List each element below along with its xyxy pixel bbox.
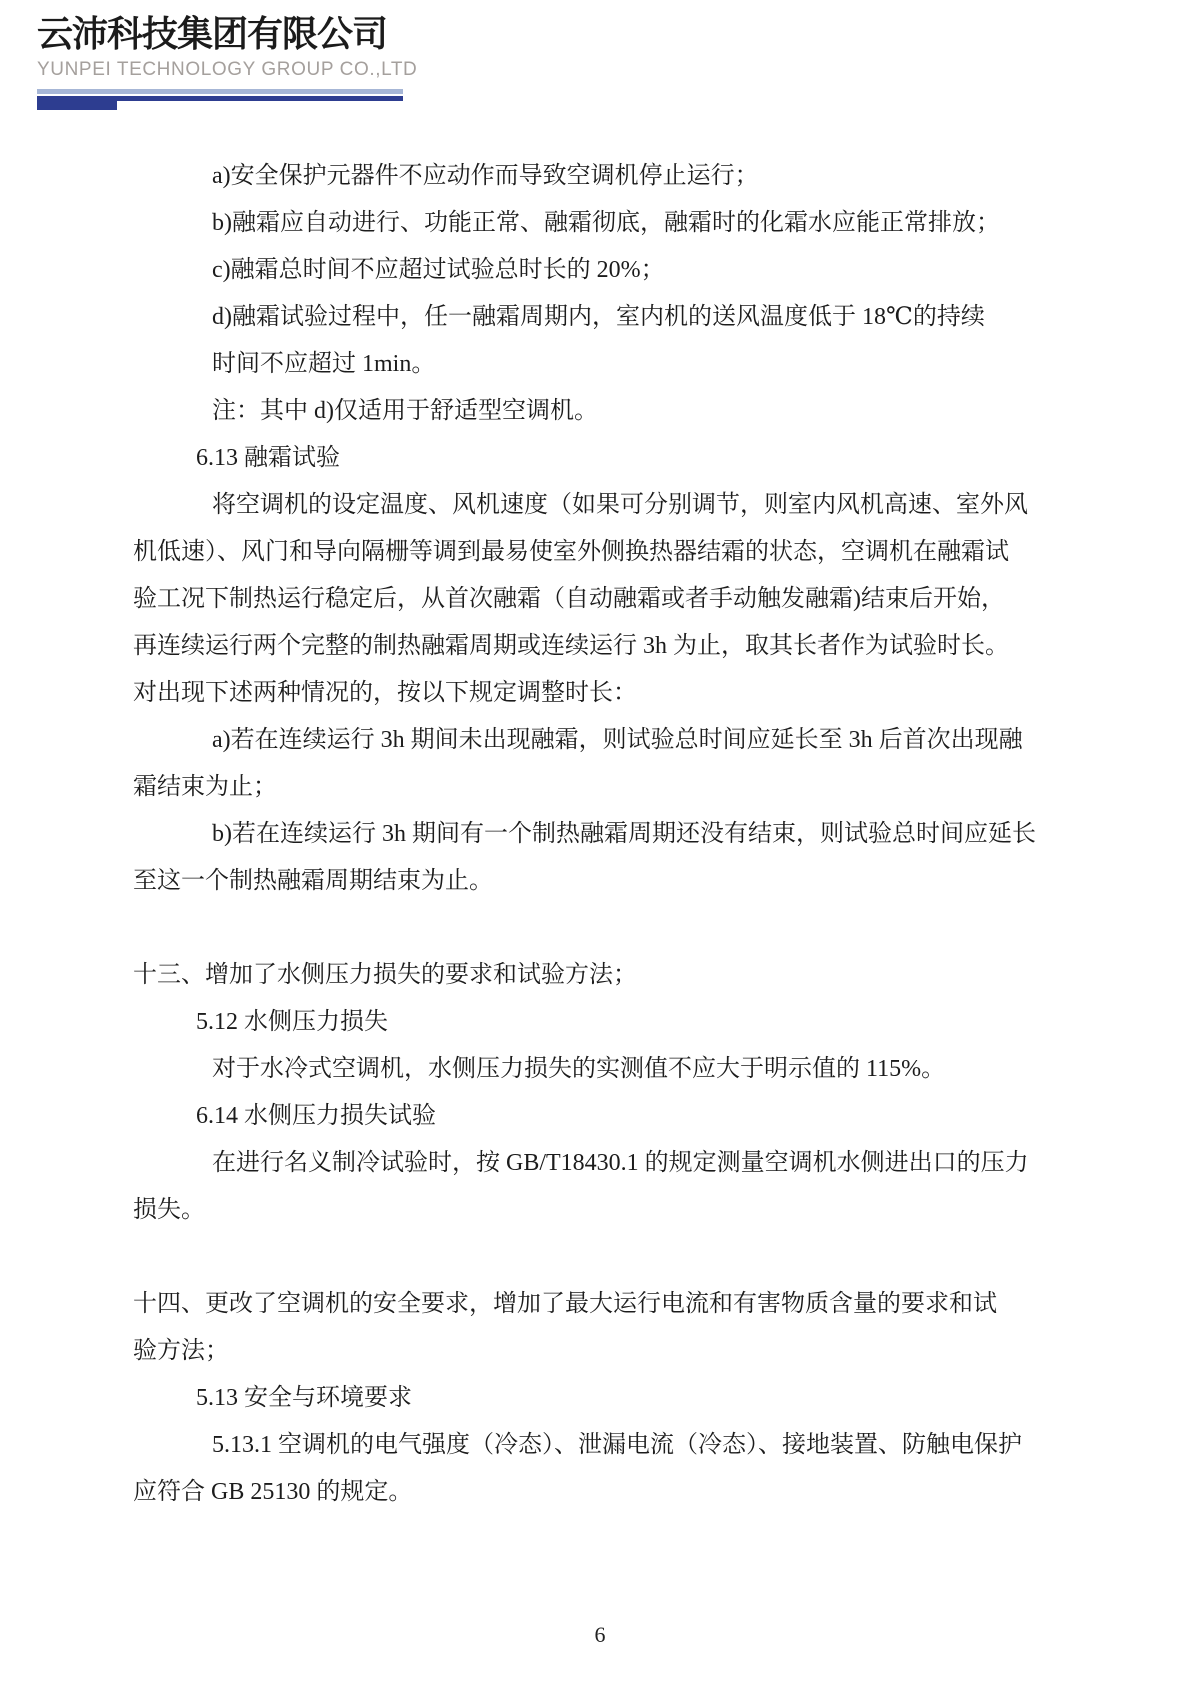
document-page: 云沛科技集团有限公司 YUNPEI TECHNOLOGY GROUP CO.,L… <box>0 0 1200 1697</box>
text-line: 验工况下制热运行稳定后，从首次融霜（自动融霜或者手动触发融霜)结束后开始， <box>133 576 1065 623</box>
text-line: 再连续运行两个完整的制热融霜周期或连续运行 3h 为止，取其长者作为试验时长。 <box>133 623 1065 670</box>
header-divider-light-line <box>37 89 403 94</box>
text-line <box>133 1234 1065 1281</box>
text-line: 十三、增加了水侧压力损失的要求和试验方法； <box>133 952 1065 999</box>
text-line: b)融霜应自动进行、功能正常、融霜彻底，融霜时的化霜水应能正常排放； <box>133 200 1065 247</box>
text-line: 机低速）、风门和导向隔栅等调到最易使室外侧换热器结霜的状态，空调机在融霜试 <box>133 529 1065 576</box>
text-line: 5.12 水侧压力损失 <box>133 999 1065 1046</box>
text-line: 至这一个制热融霜周期结束为止。 <box>133 858 1065 905</box>
text-line: 验方法； <box>133 1328 1065 1375</box>
page-number: 6 <box>0 1622 1200 1648</box>
text-line: 6.13 融霜试验 <box>133 435 1065 482</box>
text-line: 5.13 安全与环境要求 <box>133 1375 1065 1422</box>
text-line: 时间不应超过 1min。 <box>133 341 1065 388</box>
document-body: a)安全保护元器件不应动作而导致空调机停止运行；b)融霜应自动进行、功能正常、融… <box>133 153 1065 1516</box>
text-line: a)安全保护元器件不应动作而导致空调机停止运行； <box>133 153 1065 200</box>
company-name-cn: 云沛科技集团有限公司 <box>37 12 417 55</box>
text-line: 损失。 <box>133 1187 1065 1234</box>
text-line: 6.14 水侧压力损失试验 <box>133 1093 1065 1140</box>
text-line: 应符合 GB 25130 的规定。 <box>133 1469 1065 1516</box>
text-line: 十四、更改了空调机的安全要求，增加了最大运行电流和有害物质含量的要求和试 <box>133 1281 1065 1328</box>
header-divider <box>37 89 403 110</box>
letterhead: 云沛科技集团有限公司 YUNPEI TECHNOLOGY GROUP CO.,L… <box>37 12 417 81</box>
text-line: b)若在连续运行 3h 期间有一个制热融霜周期还没有结束，则试验总时间应延长 <box>133 811 1065 858</box>
text-line: 在进行名义制冷试验时，按 GB/T18430.1 的规定测量空调机水侧进出口的压… <box>133 1140 1065 1187</box>
text-line: d)融霜试验过程中，任一融霜周期内，室内机的送风温度低于 18℃的持续 <box>133 294 1065 341</box>
text-line: a)若在连续运行 3h 期间未出现融霜，则试验总时间应延长至 3h 后首次出现融 <box>133 717 1065 764</box>
text-line: 对于水冷式空调机，水侧压力损失的实测值不应大于明示值的 115%。 <box>133 1046 1065 1093</box>
text-line: 注：其中 d)仅适用于舒适型空调机。 <box>133 388 1065 435</box>
text-line: c)融霜总时间不应超过试验总时长的 20%； <box>133 247 1065 294</box>
header-accent-bar <box>37 96 117 110</box>
header-divider-dark-row <box>37 96 403 110</box>
text-line <box>133 905 1065 952</box>
text-line: 对出现下述两种情况的，按以下规定调整时长： <box>133 670 1065 717</box>
company-name-en: YUNPEI TECHNOLOGY GROUP CO.,LTD <box>37 59 417 81</box>
text-line: 将空调机的设定温度、风机速度（如果可分别调节，则室内风机高速、室外风 <box>133 482 1065 529</box>
text-line: 5.13.1 空调机的电气强度（冷态）、泄漏电流（冷态）、接地装置、防触电保护 <box>133 1422 1065 1469</box>
text-line: 霜结束为止； <box>133 764 1065 811</box>
